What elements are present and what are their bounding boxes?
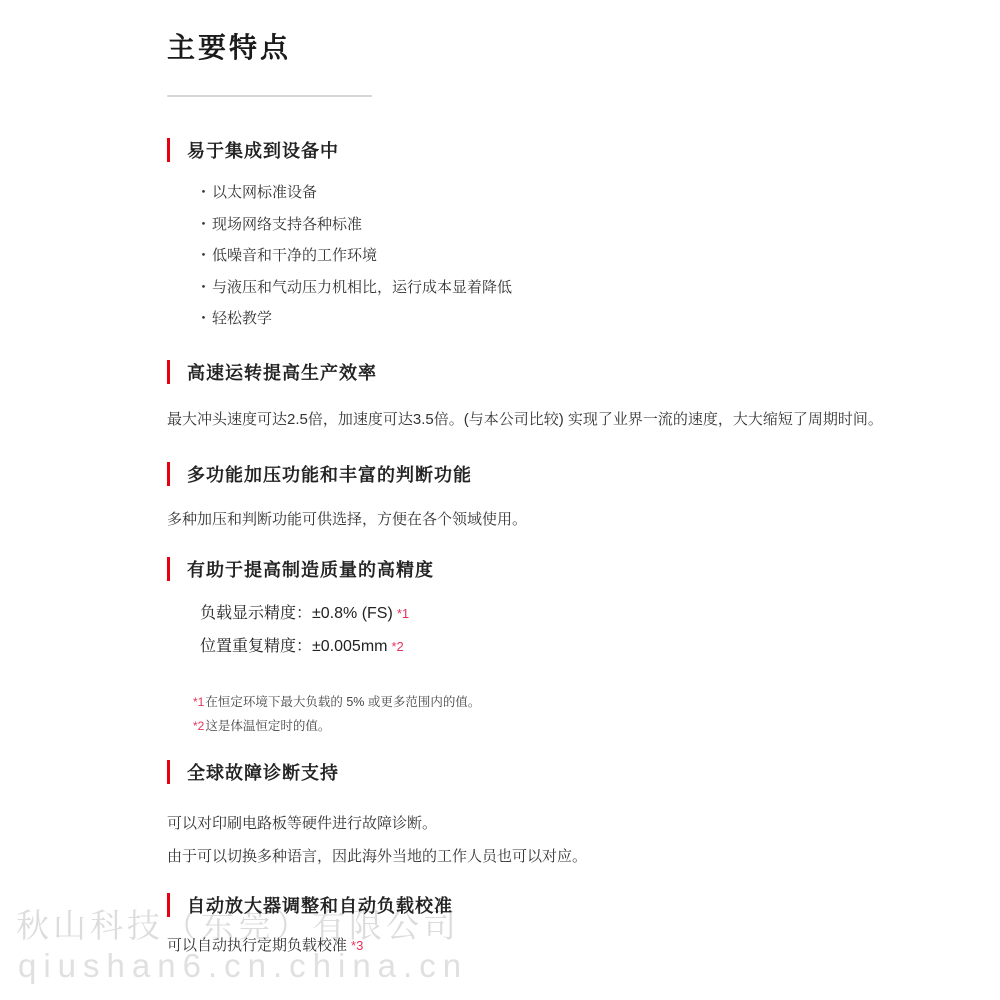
list-item: ・低噪音和干净的工作环境 — [196, 240, 952, 272]
red-accent-bar — [167, 462, 170, 486]
bullet-dot: ・ — [196, 184, 211, 201]
footnote-marker: *2 — [193, 719, 204, 733]
footnote-marker: *1 — [193, 695, 204, 709]
red-accent-bar — [167, 138, 170, 162]
section-pressing: 多功能加压功能和丰富的判断功能 多种加压和判断功能可供选择，方便在各个领域使用。 — [167, 461, 952, 530]
calibration-line: 可以自动执行定期负载校准*3 — [167, 935, 952, 957]
section-heading-text: 多功能加压功能和丰富的判断功能 — [187, 461, 472, 487]
list-item: ・轻松教学 — [196, 303, 952, 335]
bullet-dot: ・ — [196, 310, 211, 327]
section-precision: 有助于提高制造质量的高精度 负载显示精度：±0.8% (FS)*1 位置重复精度… — [167, 556, 952, 738]
spec-text: 负载显示精度：±0.8% (FS) — [200, 605, 393, 622]
calibration-text: 可以自动执行定期负载校准 — [167, 937, 347, 954]
section-heading-diagnosis: 全球故障诊断支持 — [167, 759, 952, 785]
footnote-marker: *1 — [397, 606, 409, 621]
spec-load-accuracy: 负载显示精度：±0.8% (FS)*1 — [200, 602, 952, 626]
pressing-paragraph: 多种加压和判断功能可供选择，方便在各个领域使用。 — [167, 509, 952, 530]
red-accent-bar — [167, 893, 170, 917]
section-heading-speed: 高速运转提高生产效率 — [167, 359, 952, 385]
diagnosis-line-2: 由于可以切换多种语言，因此海外当地的工作人员也可以对应。 — [167, 840, 952, 873]
footnote-text: 这是体温恒定时的值。 — [205, 719, 330, 733]
list-item-text: 与液压和气动压力机相比，运行成本显着降低 — [212, 279, 512, 296]
spec-position-repeatability: 位置重复精度：±0.005mm*2 — [200, 635, 952, 659]
footnote-marker: *2 — [391, 639, 403, 654]
list-item-text: 现场网络支持各种标准 — [212, 216, 362, 233]
integration-bullet-list: ・以太网标准设备 ・现场网络支持各种标准 ・低噪音和干净的工作环境 ・与液压和气… — [167, 177, 952, 335]
section-heading-text: 自动放大器调整和自动负载校准 — [187, 892, 453, 918]
section-heading-text: 高速运转提高生产效率 — [187, 359, 377, 385]
red-accent-bar — [167, 557, 170, 581]
diagnosis-line-1: 可以对印刷电路板等硬件进行故障诊断。 — [167, 807, 952, 840]
red-accent-bar — [167, 360, 170, 384]
section-heading-pressing: 多功能加压功能和丰富的判断功能 — [167, 461, 952, 487]
title-divider — [167, 95, 372, 97]
bullet-dot: ・ — [196, 247, 211, 264]
speed-paragraph: 最大冲头速度可达2.5倍，加速度可达3.5倍。(与本公司比较) 实现了业界一流的… — [167, 409, 952, 430]
features-page: 秋山科技（东莞）有限公司 qiushan6.cn.china.cn 主要特点 易… — [0, 0, 1000, 1000]
list-item-text: 低噪音和干净的工作环境 — [212, 247, 377, 264]
bullet-dot: ・ — [196, 279, 211, 296]
list-item: ・以太网标准设备 — [196, 177, 952, 209]
precision-footnotes: *1在恒定环境下最大负载的 5% 或更多范围内的值。 *2这是体温恒定时的值。 — [193, 690, 952, 738]
spec-text: 位置重复精度：±0.005mm — [200, 638, 387, 655]
section-heading-text: 全球故障诊断支持 — [187, 759, 339, 785]
list-item: ・现场网络支持各种标准 — [196, 209, 952, 241]
section-heading-text: 易于集成到设备中 — [187, 137, 339, 163]
section-calibration: 自动放大器调整和自动负载校准 可以自动执行定期负载校准*3 — [167, 892, 952, 957]
bullet-dot: ・ — [196, 216, 211, 233]
main-content: 主要特点 易于集成到设备中 ・以太网标准设备 ・现场网络支持各种标准 ・低噪音和… — [167, 0, 952, 957]
diagnosis-lines: 可以对印刷电路板等硬件进行故障诊断。 由于可以切换多种语言，因此海外当地的工作人… — [167, 807, 952, 873]
red-accent-bar — [167, 760, 170, 784]
section-heading-calibration: 自动放大器调整和自动负载校准 — [167, 892, 952, 918]
section-speed: 高速运转提高生产效率 最大冲头速度可达2.5倍，加速度可达3.5倍。(与本公司比… — [167, 359, 952, 430]
footnote-1: *1在恒定环境下最大负载的 5% 或更多范围内的值。 — [193, 690, 952, 714]
footnote-text: 在恒定环境下最大负载的 5% 或更多范围内的值。 — [205, 695, 480, 709]
page-title: 主要特点 — [167, 30, 952, 66]
section-heading-integration: 易于集成到设备中 — [167, 137, 952, 163]
section-diagnosis: 全球故障诊断支持 可以对印刷电路板等硬件进行故障诊断。 由于可以切换多种语言，因… — [167, 759, 952, 873]
section-heading-text: 有助于提高制造质量的高精度 — [187, 556, 434, 582]
section-heading-precision: 有助于提高制造质量的高精度 — [167, 556, 952, 582]
list-item: ・与液压和气动压力机相比，运行成本显着降低 — [196, 272, 952, 304]
list-item-text: 以太网标准设备 — [212, 184, 317, 201]
precision-spec-list: 负载显示精度：±0.8% (FS)*1 位置重复精度：±0.005mm*2 — [167, 602, 952, 659]
footnote-2: *2这是体温恒定时的值。 — [193, 714, 952, 738]
list-item-text: 轻松教学 — [212, 310, 272, 327]
section-integration: 易于集成到设备中 ・以太网标准设备 ・现场网络支持各种标准 ・低噪音和干净的工作… — [167, 137, 952, 335]
footnote-marker: *3 — [351, 938, 363, 953]
